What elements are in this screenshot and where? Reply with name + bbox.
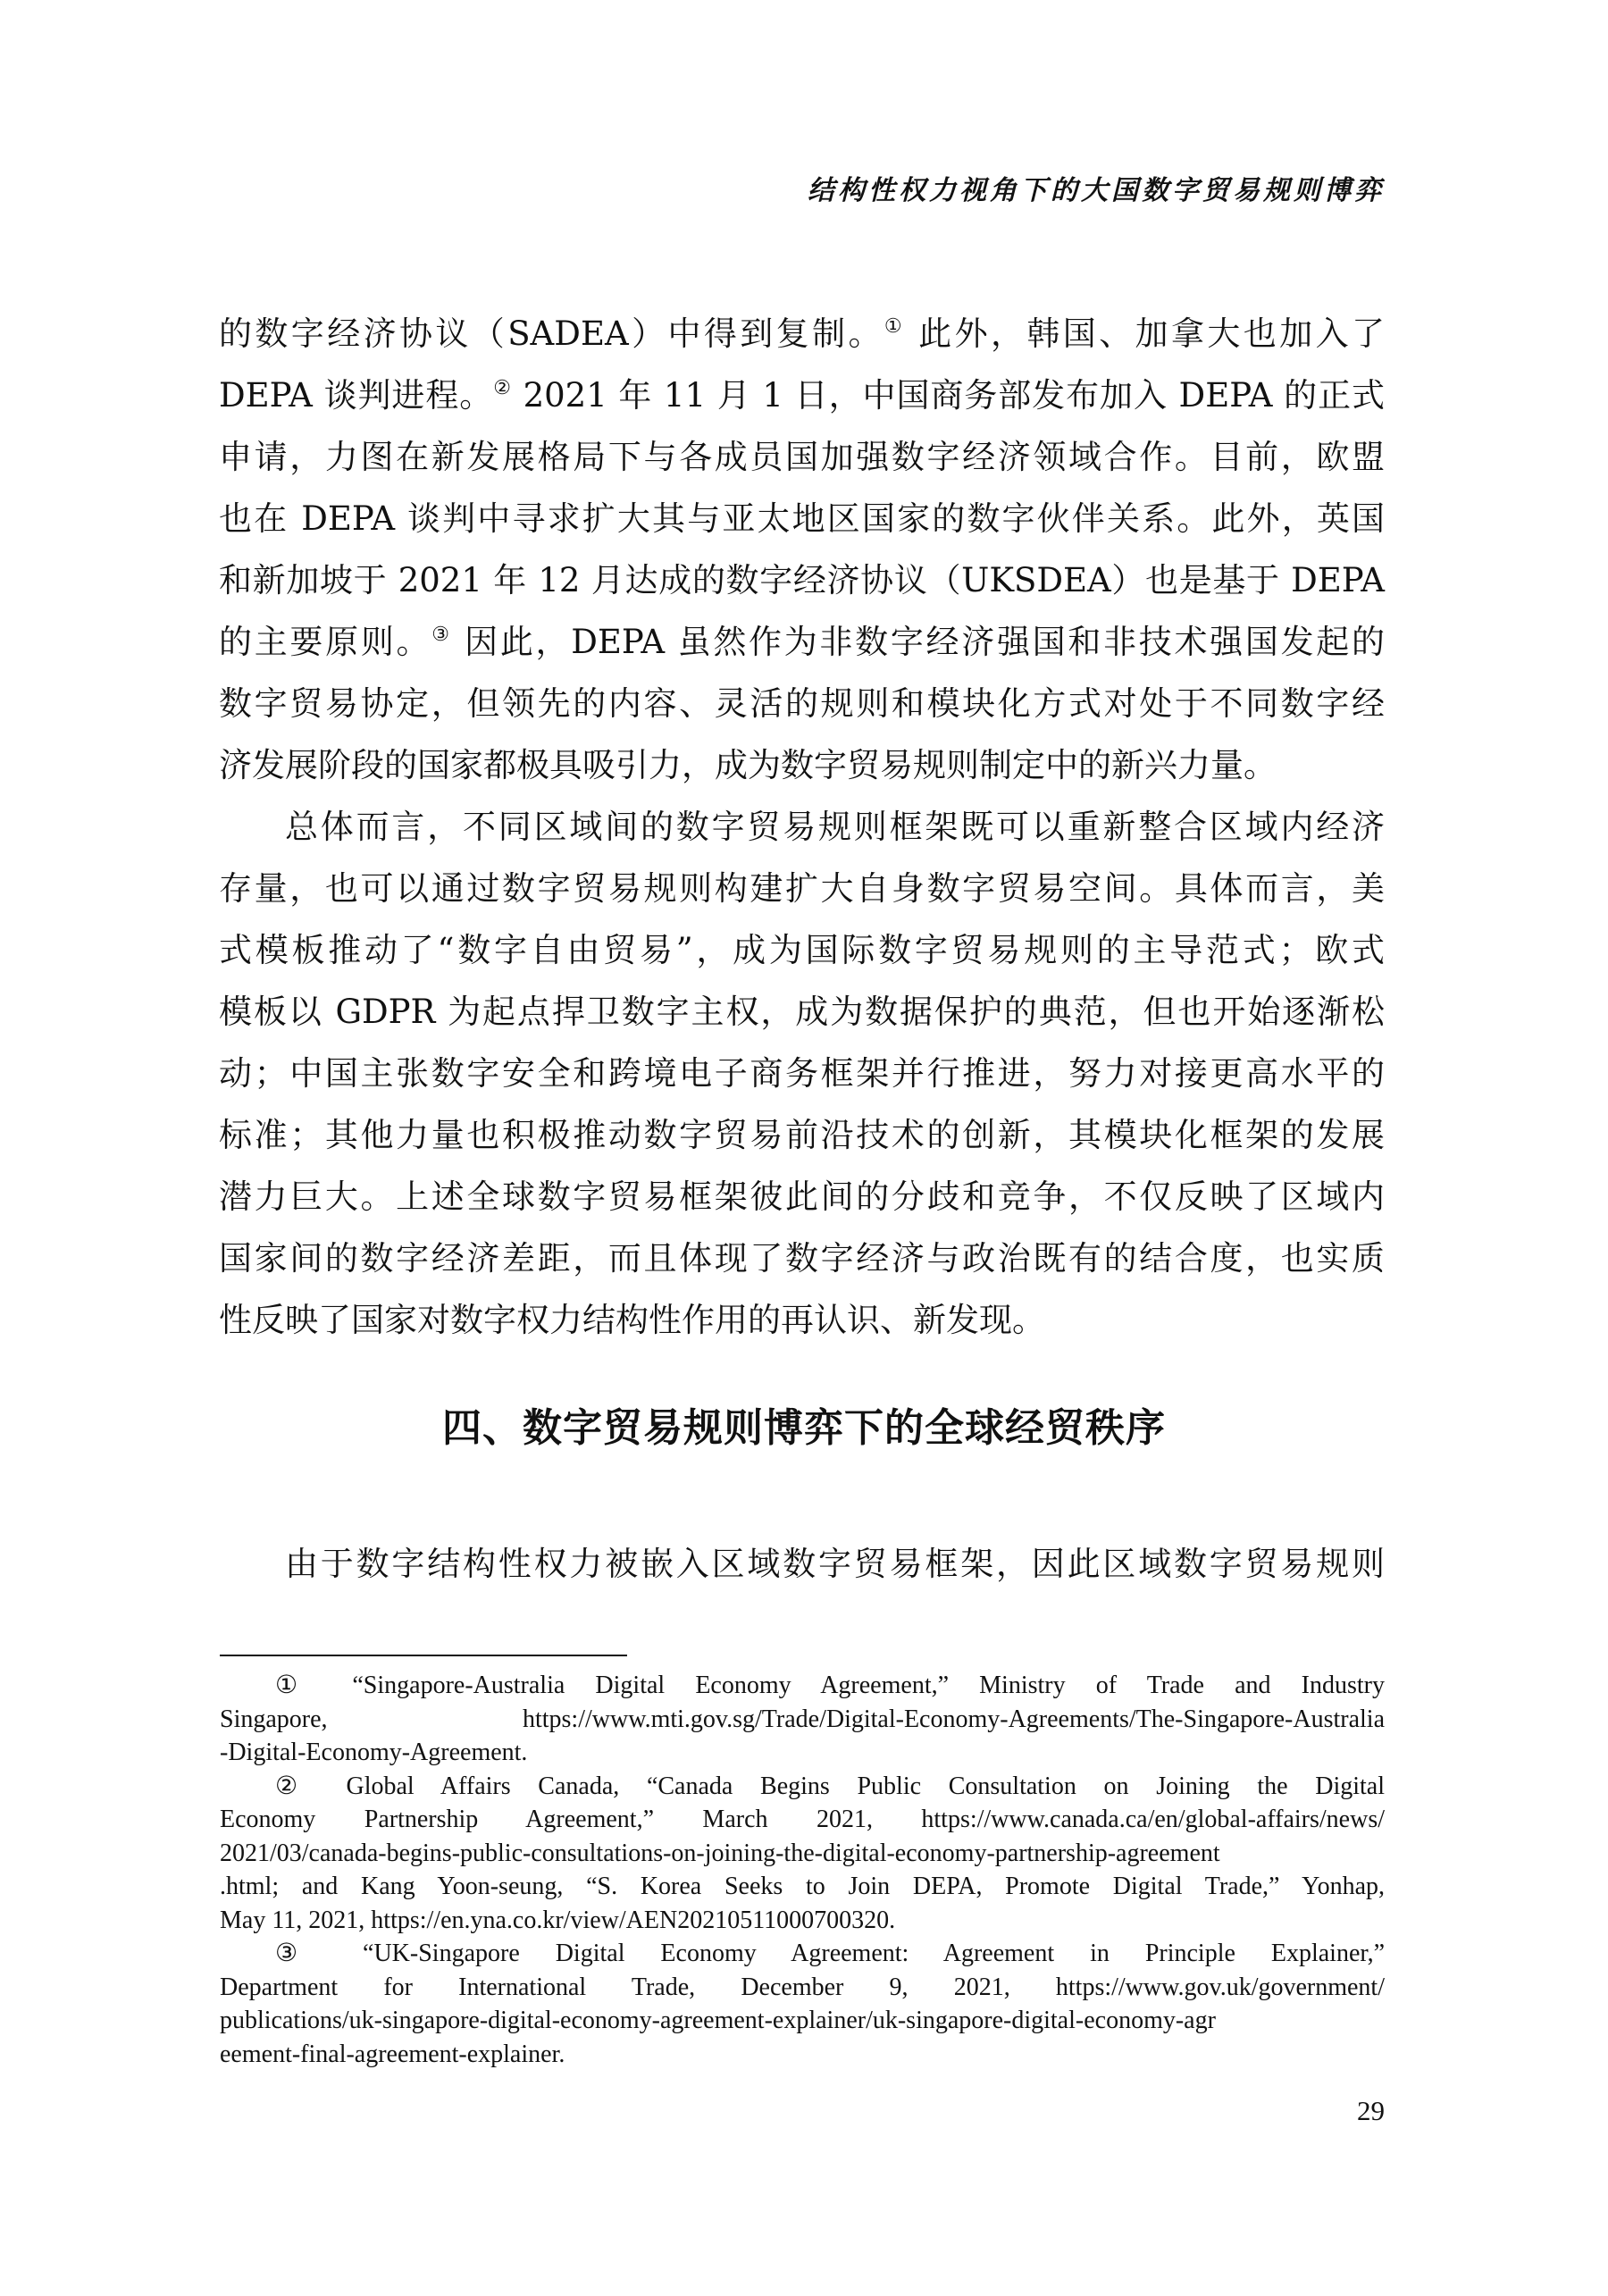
- text-line: 和新加坡于 2021 年 12 月达成的数字经济协议（UKSDEA）也是基于 D…: [219, 549, 1385, 611]
- text-run: DEPA 谈判进程。: [219, 376, 493, 415]
- footnote-line: Economy Partnership Agreement,” March 20…: [220, 1803, 1385, 1837]
- text-line: 性反映了国家对数字权力结构性作用的再认识、新发现。: [219, 1289, 1385, 1351]
- footnote-ref-1[interactable]: ①: [884, 315, 905, 338]
- text-line: 式模板推动了“数字自由贸易”，成为国际数字贸易规则的主导范式；欧式: [219, 919, 1385, 981]
- text-line: 的主要原则。③ 因此，DEPA 虽然作为非数字经济强国和非技术强国发起的: [219, 611, 1385, 673]
- footnote-line: publications/uk-singapore-digital-econom…: [220, 2004, 1385, 2038]
- footnote-3: ③ “UK-Singapore Digital Economy Agreemen…: [220, 1937, 1385, 2071]
- text-run: 2021 年 11 月 1 日，中国商务部发布加入 DEPA 的正式: [512, 376, 1385, 415]
- footnote-line: -Digital-Economy-Agreement.: [220, 1736, 1385, 1770]
- footnote-line: ① “Singapore-Australia Digital Economy A…: [220, 1669, 1385, 1703]
- text-line: 也在 DEPA 谈判中寻求扩大其与亚太地区国家的数字伙伴关系。此外，英国: [219, 488, 1385, 549]
- running-head: 结构性权力视角下的大国数字贸易规则博弈: [808, 168, 1385, 207]
- footnote-2: ② Global Affairs Canada, “Canada Begins …: [220, 1770, 1385, 1938]
- footnote-line: 2021/03/canada-begins-public-consultatio…: [220, 1837, 1385, 1871]
- text-line: 标准；其他力量也积极推动数字贸易前沿技术的创新，其模块化框架的发展: [219, 1104, 1385, 1166]
- footnote-line: .html; and Kang Yoon-seung, “S. Korea Se…: [220, 1870, 1385, 1904]
- text-line: 的数字经济协议（SADEA）中得到复制。① 此外，韩国、加拿大也加入了: [219, 303, 1385, 365]
- footnote-line: eement-final-agreement-explainer.: [220, 2038, 1385, 2072]
- text-line: 国家间的数字经济差距，而且体现了数字经济与政治既有的结合度，也实质: [219, 1228, 1385, 1289]
- text-run: Global Affairs Canada, “Canada Begins Pu…: [346, 1772, 1385, 1800]
- paragraph-2: 总体而言，不同区域间的数字贸易规则框架既可以重新整合区域内经济 存量，也可以通过…: [219, 796, 1385, 1351]
- text-line: 数字贸易协定，但领先的内容、灵活的规则和模块化方式对处于不同数字经: [219, 673, 1385, 734]
- text-line: 济发展阶段的国家都极具吸引力，成为数字贸易规则制定中的新兴力量。: [219, 734, 1385, 796]
- text-line: 存量，也可以通过数字贸易规则构建扩大自身数字贸易空间。具体而言，美: [219, 858, 1385, 919]
- text-line: 动；中国主张数字安全和跨境电子商务框架并行推进，努力对接更高水平的: [219, 1043, 1385, 1104]
- text-line: DEPA 谈判进程。② 2021 年 11 月 1 日，中国商务部发布加入 DE…: [219, 365, 1385, 426]
- text-line: 模板以 GDPR 为起点捍卫数字主权，成为数据保护的典范，但也开始逐渐松: [219, 981, 1385, 1043]
- paragraph-3: 由于数字结构性权力被嵌入区域数字贸易框架，因此区域数字贸易规则: [219, 1533, 1385, 1595]
- page-number: 29: [1357, 2095, 1385, 2127]
- footnote-line: Department for International Trade, Dece…: [220, 1971, 1385, 2005]
- footnote-1: ① “Singapore-Australia Digital Economy A…: [220, 1669, 1385, 1770]
- text-run: 此外，韩国、加拿大也加入了: [905, 314, 1385, 353]
- text-run: 因此，DEPA 虽然作为非数字经济强国和非技术强国发起的: [452, 623, 1385, 661]
- footnote-divider: [220, 1655, 627, 1656]
- text-run: 的数字经济协议（SADEA）中得到复制。: [219, 314, 884, 353]
- footnote-marker: ①: [275, 1672, 322, 1699]
- text-line: 潜力巨大。上述全球数字贸易框架彼此间的分歧和竞争，不仅反映了区域内: [219, 1166, 1385, 1228]
- document-page: 结构性权力视角下的大国数字贸易规则博弈 的数字经济协议（SADEA）中得到复制。…: [0, 0, 1608, 2296]
- text-run: “UK-Singapore Digital Economy Agreement:…: [363, 1940, 1385, 1967]
- text-line: 申请，力图在新发展格局下与各成员国加强数字经济领域合作。目前，欧盟: [219, 426, 1385, 488]
- footnote-ref-2[interactable]: ②: [493, 377, 512, 399]
- section-heading: 四、数字贸易规则博弈下的全球经贸秩序: [0, 1395, 1608, 1453]
- text-line: 由于数字结构性权力被嵌入区域数字贸易框架，因此区域数字贸易规则: [219, 1533, 1385, 1595]
- footnote-line: ② Global Affairs Canada, “Canada Begins …: [220, 1770, 1385, 1804]
- footnote-ref-3[interactable]: ③: [431, 624, 451, 646]
- footnote-line: May 11, 2021, https://en.yna.co.kr/view/…: [220, 1904, 1385, 1938]
- paragraph-1: 的数字经济协议（SADEA）中得到复制。① 此外，韩国、加拿大也加入了 DEPA…: [219, 303, 1385, 796]
- text-run: “Singapore-Australia Digital Economy Agr…: [352, 1672, 1385, 1699]
- text-run: 的主要原则。: [219, 623, 431, 661]
- footnote-marker: ②: [275, 1772, 319, 1800]
- text-line: 总体而言，不同区域间的数字贸易规则框架既可以重新整合区域内经济: [219, 796, 1385, 858]
- footnote-line: Singapore, https://www.mti.gov.sg/Trade/…: [220, 1703, 1385, 1737]
- footnote-marker: ③: [275, 1940, 327, 1967]
- footnote-line: ③ “UK-Singapore Digital Economy Agreemen…: [220, 1937, 1385, 1971]
- footnotes: ① “Singapore-Australia Digital Economy A…: [220, 1669, 1385, 2071]
